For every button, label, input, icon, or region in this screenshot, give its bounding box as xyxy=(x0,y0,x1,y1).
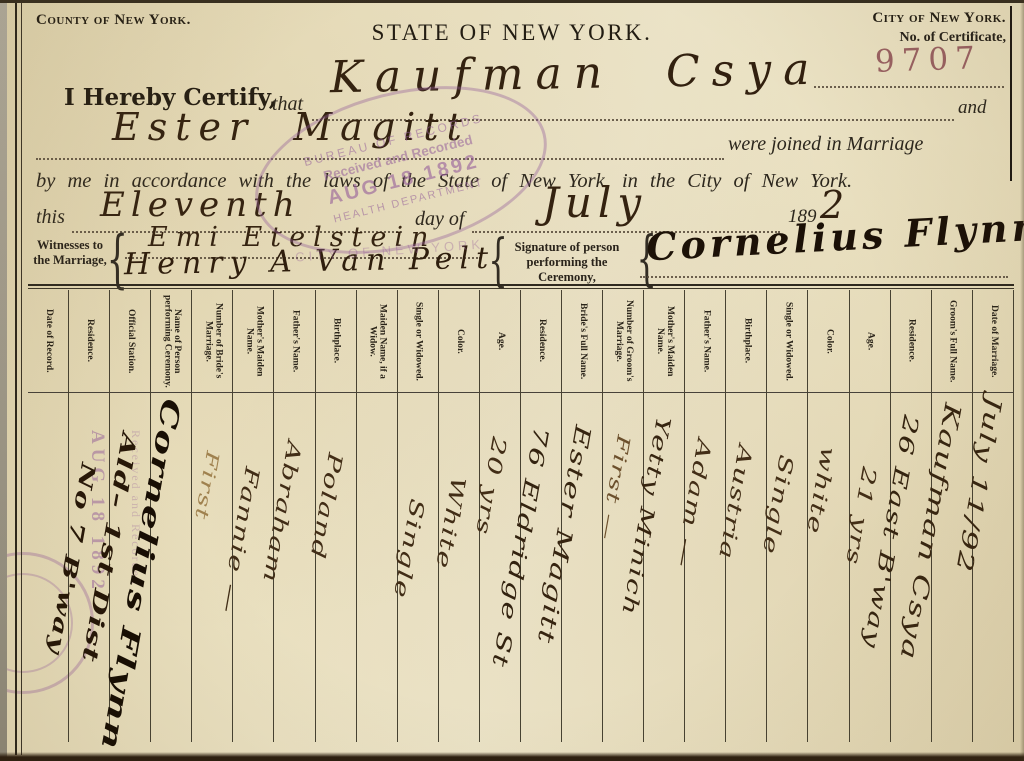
register-column: Mother's Maiden Name. Fannie — xyxy=(233,290,274,742)
column-header: Residence. xyxy=(69,290,109,393)
column-value-handwritten: White xyxy=(433,475,469,571)
column-header: Groom's Full Name. xyxy=(932,290,972,393)
column-header-label: Age. xyxy=(865,332,875,350)
column-header: Father's Name. xyxy=(685,290,725,393)
scan-edge-bottom xyxy=(0,752,1024,761)
column-value-cell: Ester Magitt xyxy=(562,393,602,743)
state-title: STATE OF NEW YORK. xyxy=(0,20,1024,46)
column-header-label: Mother's Maiden Name. xyxy=(243,292,263,390)
register-column: Date of Marriage. July 11/92 xyxy=(973,290,1014,742)
certificate-number: 9707 xyxy=(874,40,982,80)
column-header-label: Father's Name. xyxy=(290,310,300,372)
column-header-label: Official Station. xyxy=(125,309,135,373)
column-header-label: Residence. xyxy=(84,319,94,362)
column-header-label: Birthplace. xyxy=(741,318,751,363)
register-column: Father's Name. Abraham xyxy=(274,290,315,742)
register-column: Maiden Name, if a Widow. xyxy=(357,290,398,742)
page-border-rule xyxy=(1010,6,1012,181)
register-table: Date of Record. Residence. No 7 B'way Of… xyxy=(28,290,1014,755)
register-column: Single or Widowed. Single xyxy=(398,290,439,742)
column-header: Official Station. xyxy=(110,290,150,393)
column-value-cell: Adam — xyxy=(685,393,725,743)
column-header: Number of Groom's Marriage. xyxy=(603,290,643,393)
column-header: Date of Record. xyxy=(28,290,68,393)
column-header: Single or Widowed. xyxy=(398,290,438,393)
and-label: and xyxy=(958,97,987,119)
column-header: Residence. xyxy=(521,290,561,393)
officiant-signature: Cornelius Flynn xyxy=(645,208,1024,267)
column-header-label: Name of Person performing Ceremony. xyxy=(161,292,181,390)
column-header: Maiden Name, if a Widow. xyxy=(357,290,397,393)
column-header: Birthplace. xyxy=(726,290,766,393)
column-header: Mother's Maiden Name. xyxy=(644,290,684,393)
fill-line xyxy=(814,86,1004,88)
column-value-cell: July 11/92 xyxy=(973,393,1013,743)
column-header: Name of Person performing Ceremony. xyxy=(151,290,191,393)
register-column: Name of Person performing Ceremony. Corn… xyxy=(151,290,192,742)
column-value-cell: White xyxy=(439,393,479,743)
column-value-cell: white xyxy=(808,393,848,743)
marriage-certificate-scan: BUREAU OF RECORDS Received and Recorded … xyxy=(0,0,1024,761)
register-column: Birthplace. Poland xyxy=(316,290,357,742)
column-header-label: Number of Groom's Marriage. xyxy=(613,292,633,390)
divider-rule xyxy=(28,288,1014,289)
column-header-label: Date of Record. xyxy=(43,309,53,373)
month-handwritten: July xyxy=(542,182,647,224)
column-value-cell xyxy=(357,393,397,743)
page-border-rule xyxy=(15,0,17,755)
column-header: Father's Name. xyxy=(274,290,314,393)
joined-in-marriage-label: were joined in Marriage xyxy=(728,133,923,156)
column-header-label: Groom's Full Name. xyxy=(947,300,957,382)
column-header-label: Color. xyxy=(454,329,464,354)
column-value-cell: Single xyxy=(398,393,438,743)
column-header-label: Maiden Name, if a Widow. xyxy=(367,292,387,390)
column-value-cell: Cornelius Flynn xyxy=(151,393,191,743)
column-header-label: Single or Widowed. xyxy=(782,302,792,381)
register-column: Single or Widowed. Single xyxy=(767,290,808,742)
column-header: Color. xyxy=(439,290,479,393)
register-column: Number of Bride's Marriage. First xyxy=(192,290,233,742)
divider-rule xyxy=(28,284,1014,286)
column-header: Single or Widowed. xyxy=(767,290,807,393)
column-header: Birthplace. xyxy=(316,290,356,393)
column-value-cell: Poland xyxy=(316,393,356,743)
column-header: Bride's Full Name. xyxy=(562,290,602,393)
column-header: Date of Marriage. xyxy=(973,290,1013,393)
column-header: Color. xyxy=(808,290,848,393)
scan-edge-top xyxy=(0,0,1024,3)
column-header: Number of Bride's Marriage. xyxy=(192,290,232,393)
register-column: Birthplace. Austria xyxy=(726,290,767,742)
column-header-label: Color. xyxy=(824,329,834,354)
column-value-cell: Single xyxy=(767,393,807,743)
fill-line xyxy=(640,276,1008,278)
officiant-signature-label: Signature of person performing the Cerem… xyxy=(497,240,637,284)
column-header: Age. xyxy=(850,290,890,393)
column-header-label: Birthplace. xyxy=(331,318,341,363)
city-label: City of New York. xyxy=(872,10,1006,27)
column-header: Residence. xyxy=(891,290,931,393)
column-header-label: Bride's Full Name. xyxy=(577,303,587,379)
register-column: Color. white xyxy=(808,290,849,742)
column-header-label: Number of Bride's Marriage. xyxy=(202,292,222,390)
column-value-handwritten: First xyxy=(191,449,221,521)
column-value-cell: Austria xyxy=(726,393,766,743)
column-value-handwritten: white xyxy=(803,445,838,536)
register-column: Date of Record. xyxy=(28,290,69,742)
scan-edge-left xyxy=(0,0,7,761)
column-header-label: Father's Name. xyxy=(700,310,710,372)
column-header-label: Age. xyxy=(495,332,505,350)
this-label: this xyxy=(36,206,65,229)
column-header-label: Residence. xyxy=(906,319,916,362)
column-header-label: Single or Widowed. xyxy=(413,302,423,381)
column-header-label: Date of Marriage. xyxy=(988,305,998,378)
column-header-label: Residence. xyxy=(536,319,546,362)
page-border-rule xyxy=(21,0,22,755)
scan-edge-right xyxy=(1020,0,1024,761)
column-header: Age. xyxy=(480,290,520,393)
column-header: Mother's Maiden Name. xyxy=(233,290,273,393)
register-column: Bride's Full Name. Ester Magitt xyxy=(562,290,603,742)
column-header-label: Mother's Maiden Name. xyxy=(654,292,674,390)
column-value-cell: Abraham xyxy=(274,393,314,743)
witnesses-label: Witnesses to the Marriage, xyxy=(30,238,110,268)
